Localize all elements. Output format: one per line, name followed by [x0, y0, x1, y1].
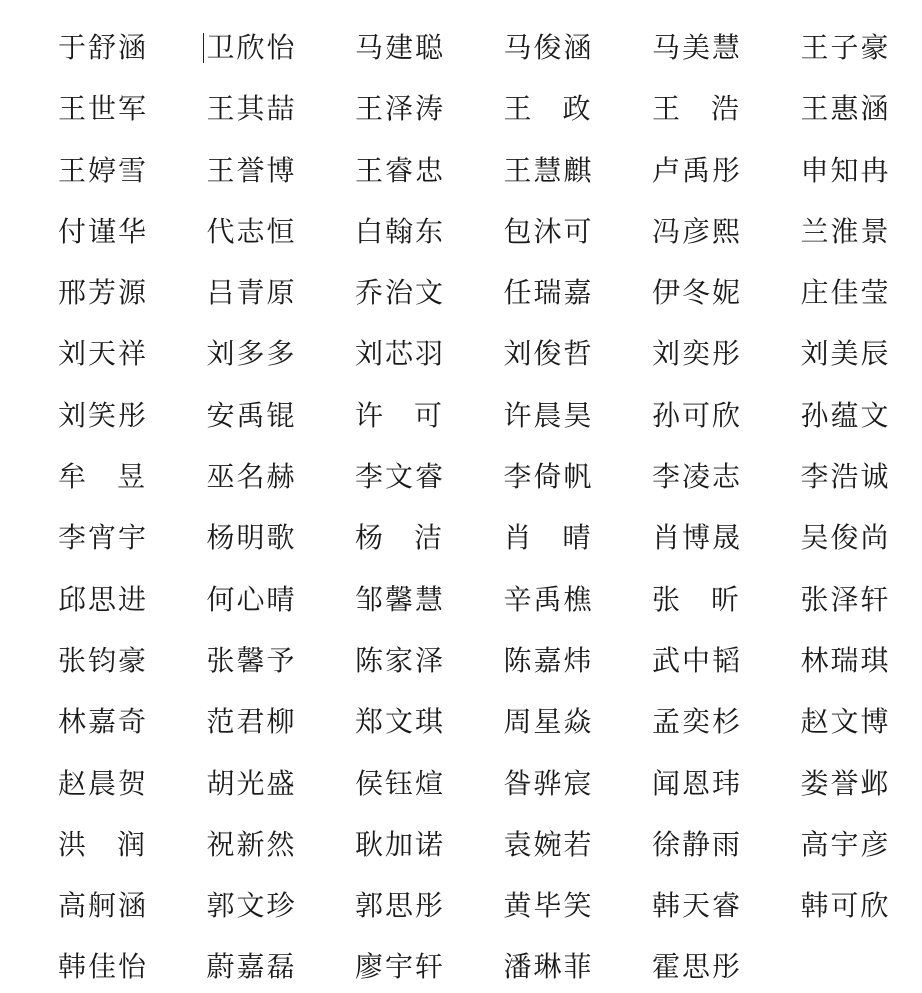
- name-character: 宵: [87, 507, 117, 568]
- name-entry: 马建聪: [354, 17, 503, 78]
- name-character: 景: [860, 201, 890, 262]
- name-character: 韩: [57, 936, 87, 993]
- name-character: 代: [206, 201, 236, 262]
- name-character: 李: [354, 446, 384, 507]
- name-character: 泽: [414, 630, 444, 691]
- name-character: 马: [354, 17, 384, 78]
- name-character: 淮: [830, 201, 860, 262]
- name-entry: 洪润: [57, 814, 206, 875]
- name-entry: 武中韬: [651, 630, 800, 691]
- name-character: 吕: [206, 262, 236, 323]
- name-character: 菲: [563, 936, 593, 993]
- name-entry: 许晨昊: [503, 385, 652, 446]
- name-character: 婉: [533, 814, 563, 875]
- name-character: 王: [354, 78, 384, 139]
- name-character: 新: [236, 814, 266, 875]
- name-character: 聪: [414, 17, 444, 78]
- name-character: 浩: [710, 78, 740, 139]
- name-entry: 闻恩玮: [651, 753, 800, 814]
- name-entry: 刘多多: [206, 323, 355, 384]
- name-entry: 安禹锟: [206, 385, 355, 446]
- name-character: 明: [236, 507, 266, 568]
- name-character: 帆: [563, 446, 593, 507]
- name-character: 刘: [651, 323, 681, 384]
- name-character: 世: [87, 78, 117, 139]
- name-character: 笑: [563, 875, 593, 936]
- name-character: 张: [651, 569, 681, 630]
- name-entry: 王浩: [651, 78, 800, 139]
- name-entry: 任瑞嘉: [503, 262, 652, 323]
- name-character: 申: [800, 140, 830, 201]
- name-character: 昱: [116, 446, 146, 507]
- name-character: 焱: [563, 691, 593, 752]
- name-character: 郑: [354, 691, 384, 752]
- name-character: 欣: [236, 17, 266, 78]
- name-character: 嘉: [87, 691, 117, 752]
- name-character: 伊: [651, 262, 681, 323]
- name-character: 奇: [117, 691, 147, 752]
- name-character: 博: [860, 691, 890, 752]
- name-entry: 潘琳菲: [503, 936, 652, 993]
- name-character: 惠: [830, 78, 860, 139]
- name-character: 慧: [533, 140, 563, 201]
- name-entry: 吕青原: [206, 262, 355, 323]
- name-entry: 李浩诚: [800, 446, 922, 507]
- name-character: 涵: [563, 17, 593, 78]
- name-character: 雨: [711, 814, 741, 875]
- name-character: 肖: [651, 507, 681, 568]
- name-character: 睿: [384, 140, 414, 201]
- name-character: 宇: [117, 507, 147, 568]
- name-character: 黄: [503, 875, 533, 936]
- name-character: 卫: [206, 17, 236, 78]
- name-character: 天: [681, 875, 711, 936]
- name-character: 袁: [503, 814, 533, 875]
- name-entry: 李凌志: [651, 446, 800, 507]
- name-character: 珍: [266, 875, 296, 936]
- name-character: 盛: [266, 753, 296, 814]
- name-character: 涵: [117, 875, 147, 936]
- name-character: 奕: [681, 691, 711, 752]
- name-character: 博: [681, 507, 711, 568]
- name-entry: 张钧豪: [57, 630, 206, 691]
- name-character: 俊: [533, 323, 563, 384]
- name-entry: 王子豪: [800, 17, 922, 78]
- name-entry: 韩可欣: [800, 875, 922, 936]
- name-entry: 赵晨贺: [57, 753, 206, 814]
- name-character: 忠: [414, 140, 444, 201]
- name-character: 赵: [57, 753, 87, 814]
- name-character: 青: [236, 262, 266, 323]
- name-character: 钧: [87, 630, 117, 691]
- name-entry: 王泽涛: [354, 78, 503, 139]
- name-character: 润: [116, 814, 146, 875]
- name-character: 王: [800, 17, 830, 78]
- name-character: 杨: [354, 507, 384, 568]
- name-character: 陈: [354, 630, 384, 691]
- name-character: 宇: [830, 814, 860, 875]
- name-entry: 林瑞琪: [800, 630, 922, 691]
- name-character: 轩: [860, 569, 890, 630]
- name-character: 豪: [860, 17, 890, 78]
- name-character: 吴: [800, 507, 830, 568]
- name-character: 光: [236, 753, 266, 814]
- name-character: 子: [830, 17, 860, 78]
- name-character: 许: [354, 385, 384, 446]
- name-character: 馨: [384, 569, 414, 630]
- name-character: 彤: [414, 875, 444, 936]
- name-character: 张: [57, 630, 87, 691]
- name-character: 高: [57, 875, 87, 936]
- name-character: 予: [266, 630, 296, 691]
- name-character: 文: [414, 262, 444, 323]
- name-entry: 付谨华: [57, 201, 206, 262]
- name-character: 文: [236, 875, 266, 936]
- name-character: 政: [562, 78, 592, 139]
- name-entry: 韩佳怡: [57, 936, 206, 993]
- name-entry: 霍思彤: [651, 936, 800, 993]
- name-character: 美: [681, 17, 711, 78]
- name-character: 星: [533, 691, 563, 752]
- name-character: 蔚: [206, 936, 236, 993]
- name-character: 思: [681, 936, 711, 993]
- name-entry: 郭思彤: [354, 875, 503, 936]
- name-entry: 刘奕彤: [651, 323, 800, 384]
- name-entry: 王婷雪: [57, 140, 206, 201]
- name-entry: 张昕: [651, 569, 800, 630]
- name-character: 彤: [711, 323, 741, 384]
- name-entry: 孙可欣: [651, 385, 800, 446]
- name-character: 心: [236, 569, 266, 630]
- name-character: 奕: [681, 323, 711, 384]
- name-character: 喆: [266, 78, 296, 139]
- name-entry: 昝骅宸: [503, 753, 652, 814]
- name-character: 莹: [860, 262, 890, 323]
- name-character: 怡: [266, 17, 296, 78]
- name-entry: 韩天睿: [651, 875, 800, 936]
- name-character: 中: [681, 630, 711, 691]
- name-entry: 卢禹彤: [651, 140, 800, 201]
- name-character: 肖: [503, 507, 533, 568]
- name-character: 琪: [860, 630, 890, 691]
- name-character: 包: [503, 201, 533, 262]
- name-entry: 娄誉邺: [800, 753, 922, 814]
- name-character: 李: [57, 507, 87, 568]
- name-character: 祥: [117, 323, 147, 384]
- name-character: 辰: [860, 323, 890, 384]
- name-character: 李: [503, 446, 533, 507]
- name-character: 若: [563, 814, 593, 875]
- name-character: 文: [384, 691, 414, 752]
- name-entry: 李倚帆: [503, 446, 652, 507]
- name-entry: 伊冬妮: [651, 262, 800, 323]
- name-character: 妮: [711, 262, 741, 323]
- name-character: 誉: [236, 140, 266, 201]
- name-entry: 侯钰煊: [354, 753, 503, 814]
- name-character: 琳: [533, 936, 563, 993]
- name-character: 卢: [651, 140, 681, 201]
- name-entry: 邢芳源: [57, 262, 206, 323]
- name-entry: 杨明歌: [206, 507, 355, 568]
- name-character: 彤: [711, 140, 741, 201]
- name-character: 睿: [414, 446, 444, 507]
- name-entry: 王慧麒: [503, 140, 652, 201]
- name-character: 芯: [384, 323, 414, 384]
- name-character: 白: [354, 201, 384, 262]
- name-list-grid: 于舒涵卫欣怡马建聪马俊涵马美慧王子豪王世军王其喆王泽涛王政王浩王惠涵王婷雪王誉博…: [57, 17, 922, 993]
- name-entry: 肖博晟: [651, 507, 800, 568]
- name-character: 何: [206, 569, 236, 630]
- name-character: 许: [503, 385, 533, 446]
- name-character: 可: [413, 385, 443, 446]
- name-character: 毕: [533, 875, 563, 936]
- name-entry: 代志恒: [206, 201, 355, 262]
- name-character: 博: [266, 140, 296, 201]
- name-character: 李: [651, 446, 681, 507]
- name-entry: 刘美辰: [800, 323, 922, 384]
- name-character: 涵: [860, 78, 890, 139]
- name-character: 加: [384, 814, 414, 875]
- name-character: 磊: [266, 936, 296, 993]
- name-character: 彦: [860, 814, 890, 875]
- name-character: 王: [57, 78, 87, 139]
- name-character: 昊: [563, 385, 593, 446]
- name-character: 军: [117, 78, 147, 139]
- name-character: 马: [503, 17, 533, 78]
- name-character: 李: [800, 446, 830, 507]
- name-character: 韬: [711, 630, 741, 691]
- name-entry: 黄毕笑: [503, 875, 652, 936]
- name-character: 陈: [503, 630, 533, 691]
- name-character: 泽: [384, 78, 414, 139]
- name-character: 麒: [563, 140, 593, 201]
- name-character: 庄: [800, 262, 830, 323]
- document-page[interactable]: 于舒涵卫欣怡马建聪马俊涵马美慧王子豪王世军王其喆王泽涛王政王浩王惠涵王婷雪王誉博…: [0, 0, 922, 993]
- name-entry: 王惠涵: [800, 78, 922, 139]
- name-character: 慧: [414, 569, 444, 630]
- name-entry: 于舒涵: [57, 17, 206, 78]
- name-character: 诺: [414, 814, 444, 875]
- name-character: 文: [384, 446, 414, 507]
- name-character: 涵: [117, 17, 147, 78]
- name-character: 原: [266, 262, 296, 323]
- name-entry: 王政: [503, 78, 652, 139]
- name-character: 文: [830, 691, 860, 752]
- name-character: 杉: [711, 691, 741, 752]
- name-character: 炜: [563, 630, 593, 691]
- name-character: 佳: [87, 936, 117, 993]
- name-character: 冯: [651, 201, 681, 262]
- name-entry: 何心晴: [206, 569, 355, 630]
- name-entry: 王世军: [57, 78, 206, 139]
- name-entry: 兰淮景: [800, 201, 922, 262]
- name-character: 邢: [57, 262, 87, 323]
- name-character: 霍: [651, 936, 681, 993]
- name-character: 玮: [711, 753, 741, 814]
- name-character: 王: [57, 140, 87, 201]
- name-character: 禹: [533, 569, 563, 630]
- name-character: 邺: [860, 753, 890, 814]
- name-character: 王: [206, 140, 236, 201]
- name-character: 嘉: [563, 262, 593, 323]
- name-character: 舒: [87, 17, 117, 78]
- name-entry: 王睿忠: [354, 140, 503, 201]
- name-character: 刘: [206, 323, 236, 384]
- name-entry: 陈家泽: [354, 630, 503, 691]
- name-character: 兰: [800, 201, 830, 262]
- name-character: 誉: [830, 753, 860, 814]
- name-character: 宇: [384, 936, 414, 993]
- name-character: 祝: [206, 814, 236, 875]
- name-entry: 高舸涵: [57, 875, 206, 936]
- name-entry: 王其喆: [206, 78, 355, 139]
- name-character: 禹: [236, 385, 266, 446]
- name-character: 熙: [711, 201, 741, 262]
- name-character: 羽: [414, 323, 444, 384]
- name-character: 柳: [266, 691, 296, 752]
- name-entry: 邱思进: [57, 569, 206, 630]
- name-entry: 马美慧: [651, 17, 800, 78]
- name-character: 晴: [562, 507, 592, 568]
- name-character: 静: [681, 814, 711, 875]
- name-character: 慧: [711, 17, 741, 78]
- name-entry: 牟昱: [57, 446, 206, 507]
- name-character: 刘: [354, 323, 384, 384]
- name-character: 赫: [266, 446, 296, 507]
- name-character: 昝: [503, 753, 533, 814]
- name-character: 沐: [533, 201, 563, 262]
- text-cursor: [203, 33, 204, 63]
- name-entry: 庄佳莹: [800, 262, 922, 323]
- name-character: 邱: [57, 569, 87, 630]
- name-entry: 耿加诺: [354, 814, 503, 875]
- name-character: 侯: [354, 753, 384, 814]
- name-entry: 吴俊尚: [800, 507, 922, 568]
- name-entry: 卫欣怡: [206, 17, 355, 78]
- name-entry: 胡光盛: [206, 753, 355, 814]
- name-character: 睿: [711, 875, 741, 936]
- name-character: 谨: [87, 201, 117, 262]
- name-entry: 李宵宇: [57, 507, 206, 568]
- name-character: 歌: [266, 507, 296, 568]
- name-character: 琪: [414, 691, 444, 752]
- name-character: 冉: [860, 140, 890, 201]
- name-character: 然: [266, 814, 296, 875]
- name-entry: 范君柳: [206, 691, 355, 752]
- name-character: 钰: [384, 753, 414, 814]
- name-character: 昕: [710, 569, 740, 630]
- name-character: 蕴: [830, 385, 860, 446]
- name-character: 彤: [117, 385, 147, 446]
- name-character: 尚: [860, 507, 890, 568]
- name-character: 晟: [711, 507, 741, 568]
- name-character: 王: [503, 140, 533, 201]
- name-character: 知: [830, 140, 860, 201]
- name-character: 宸: [563, 753, 593, 814]
- name-character: 牟: [57, 446, 87, 507]
- name-entry: 许可: [354, 385, 503, 446]
- name-character: 君: [236, 691, 266, 752]
- name-character: 潘: [503, 936, 533, 993]
- name-character: 刘: [503, 323, 533, 384]
- name-entry: 祝新然: [206, 814, 355, 875]
- name-character: 志: [711, 446, 741, 507]
- name-character: 家: [384, 630, 414, 691]
- name-character: 闻: [651, 753, 681, 814]
- name-entry: 申知冉: [800, 140, 922, 201]
- name-character: 思: [87, 569, 117, 630]
- name-character: 豪: [117, 630, 147, 691]
- name-entry: 刘笑彤: [57, 385, 206, 446]
- name-entry: 陈嘉炜: [503, 630, 652, 691]
- name-character: 王: [354, 140, 384, 201]
- name-entry: 马俊涵: [503, 17, 652, 78]
- name-character: 刘: [57, 323, 87, 384]
- name-entry: 刘俊哲: [503, 323, 652, 384]
- name-character: 轩: [414, 936, 444, 993]
- name-character: 雪: [117, 140, 147, 201]
- name-entry: 邹馨慧: [354, 569, 503, 630]
- name-character: 煊: [414, 753, 444, 814]
- name-entry: 肖晴: [503, 507, 652, 568]
- name-character: 多: [236, 323, 266, 384]
- name-character: 彤: [711, 936, 741, 993]
- name-character: 婷: [87, 140, 117, 201]
- name-character: 嘉: [533, 630, 563, 691]
- name-character: 笑: [87, 385, 117, 446]
- name-character: 哲: [563, 323, 593, 384]
- name-character: 治: [384, 262, 414, 323]
- name-character: 恒: [266, 201, 296, 262]
- name-character: 浩: [830, 446, 860, 507]
- name-character: 泽: [830, 569, 860, 630]
- name-character: 王: [800, 78, 830, 139]
- name-character: 孙: [651, 385, 681, 446]
- name-character: 锟: [266, 385, 296, 446]
- name-character: 天: [87, 323, 117, 384]
- name-character: 骅: [533, 753, 563, 814]
- name-character: 耿: [354, 814, 384, 875]
- name-entry: 郑文琪: [354, 691, 503, 752]
- name-character: 徐: [651, 814, 681, 875]
- name-entry: 冯彦熙: [651, 201, 800, 262]
- name-character: 华: [117, 201, 147, 262]
- name-character: 佳: [830, 262, 860, 323]
- name-character: 东: [414, 201, 444, 262]
- name-character: 志: [236, 201, 266, 262]
- name-entry: 张泽轩: [800, 569, 922, 630]
- name-entry: 张馨予: [206, 630, 355, 691]
- name-character: 洁: [413, 507, 443, 568]
- name-character: 安: [206, 385, 236, 446]
- name-character: 樵: [563, 569, 593, 630]
- name-character: 文: [860, 385, 890, 446]
- name-character: 美: [830, 323, 860, 384]
- name-character: 林: [800, 630, 830, 691]
- name-character: 于: [57, 17, 87, 78]
- name-character: 翰: [384, 201, 414, 262]
- name-character: 晴: [266, 569, 296, 630]
- name-character: 馨: [236, 630, 266, 691]
- name-character: 可: [830, 875, 860, 936]
- name-character: 凌: [681, 446, 711, 507]
- name-character: 马: [651, 17, 681, 78]
- name-character: 廖: [354, 936, 384, 993]
- name-character: 刘: [57, 385, 87, 446]
- name-character: 怡: [117, 936, 147, 993]
- name-character: 刘: [800, 323, 830, 384]
- name-character: 巫: [206, 446, 236, 507]
